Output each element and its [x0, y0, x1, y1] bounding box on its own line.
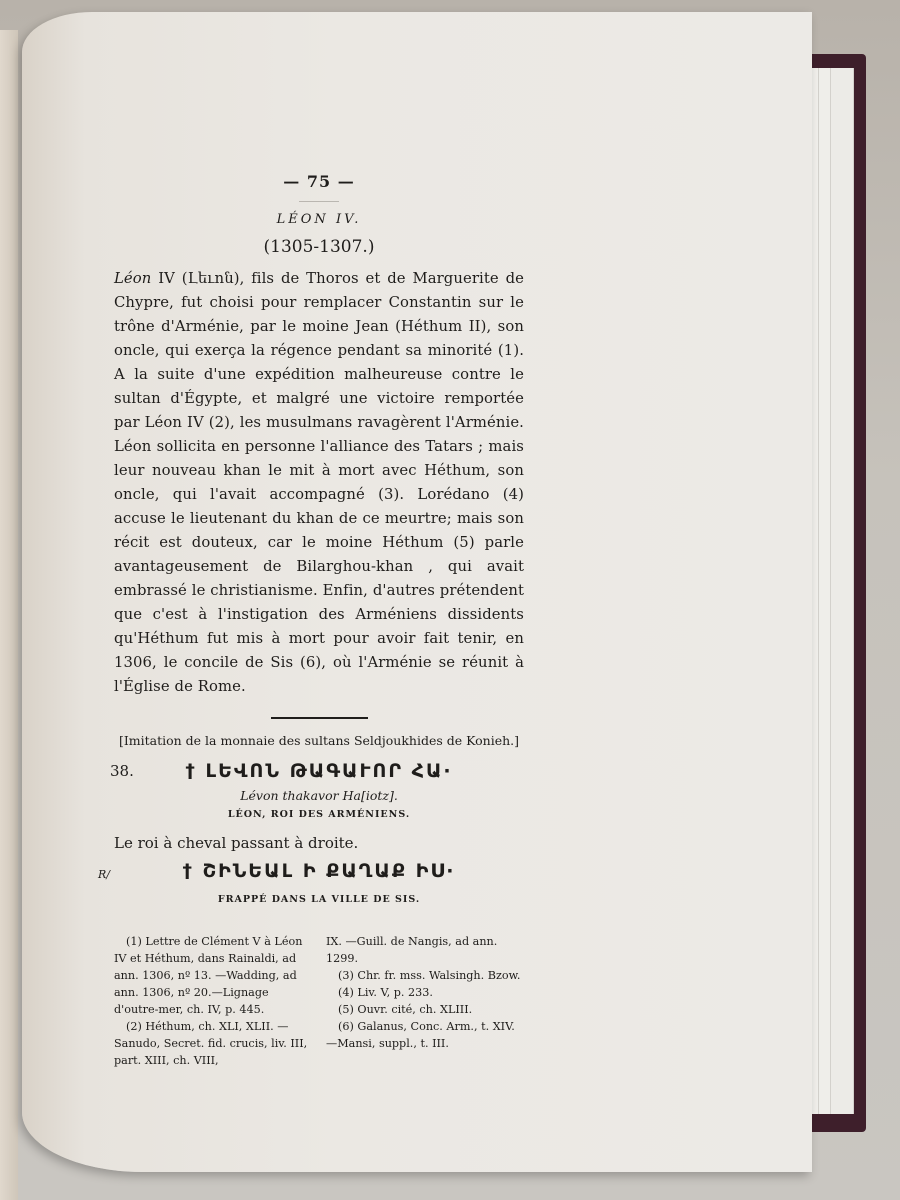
- reverse-legend: † ՇԻՆԵԱԼ Ի ՔԱՂԱՔ ԻՍ·: [114, 860, 524, 882]
- coin-caption: [Imitation de la monnaie des sultans Sel…: [114, 733, 524, 748]
- page-number: — 75 —: [114, 172, 524, 191]
- coin-number: 38.: [110, 762, 134, 780]
- page-number-rule: [299, 201, 339, 202]
- footnote-2-continued: IX. —Guill. de Nangis, ad ann. 1299.: [326, 933, 524, 967]
- book-page: — 75 — LÉON IV. (1305-1307.) Léon IV (Լե…: [22, 12, 812, 1172]
- chapter-title: LÉON IV.: [114, 212, 524, 227]
- footnotes-right-column: IX. —Guill. de Nangis, ad ann. 1299. (3)…: [326, 933, 524, 1069]
- body-text: IV (Լեւոն), fils de Thoros et de Marguer…: [114, 270, 524, 695]
- reverse-mark: R/: [98, 868, 110, 881]
- reverse-translation: FRAPPÉ DANS LA VILLE DE SIS.: [114, 894, 524, 905]
- footnote-1: (1) Lettre de Clément V à Léon IV et Hét…: [114, 933, 312, 1018]
- section-divider: [271, 717, 368, 719]
- footnote-6: (6) Galanus, Conc. Arm., t. XIV.—Mansi, …: [326, 1018, 524, 1052]
- body-paragraph: Léon IV (Լեւոն), fils de Thoros et de Ma…: [114, 267, 524, 699]
- footnote-3: (3) Chr. fr. mss. Walsingh. Bzow.: [326, 967, 524, 984]
- page-content: — 75 — LÉON IV. (1305-1307.) Léon IV (Լե…: [114, 172, 524, 1069]
- obverse-translation: LÉON, ROI DES ARMÉNIENS.: [114, 809, 524, 820]
- coin-obverse-row: 38. † ԼԵՎՈՆ ԹԱԳԱՒՈՐ ՀԱ·: [114, 760, 524, 786]
- reign-years: (1305-1307.): [114, 237, 524, 257]
- footnote-2: (2) Héthum, ch. XLI, XLII. —Sanudo, Secr…: [114, 1018, 312, 1069]
- footnotes-left-column: (1) Lettre de Clément V à Léon IV et Hét…: [114, 933, 312, 1069]
- body-lead: Léon: [114, 270, 151, 287]
- coin-description: Le roi à cheval passant à droite.: [114, 834, 524, 852]
- footnote-5: (5) Ouvr. cité, ch. XLIII.: [326, 1001, 524, 1018]
- footnotes: (1) Lettre de Clément V à Léon IV et Hét…: [114, 933, 524, 1069]
- previous-pages-edge: [0, 30, 18, 1200]
- coin-reverse-row: R/ † ՇԻՆԵԱԼ Ի ՔԱՂԱՔ ԻՍ·: [114, 860, 524, 888]
- footnote-4: (4) Liv. V, p. 233.: [326, 984, 524, 1001]
- obverse-legend: † ԼԵՎՈՆ ԹԱԳԱՒՈՐ ՀԱ·: [114, 760, 524, 782]
- obverse-transliteration: Lévon thakavor Ha[iotz].: [114, 788, 524, 803]
